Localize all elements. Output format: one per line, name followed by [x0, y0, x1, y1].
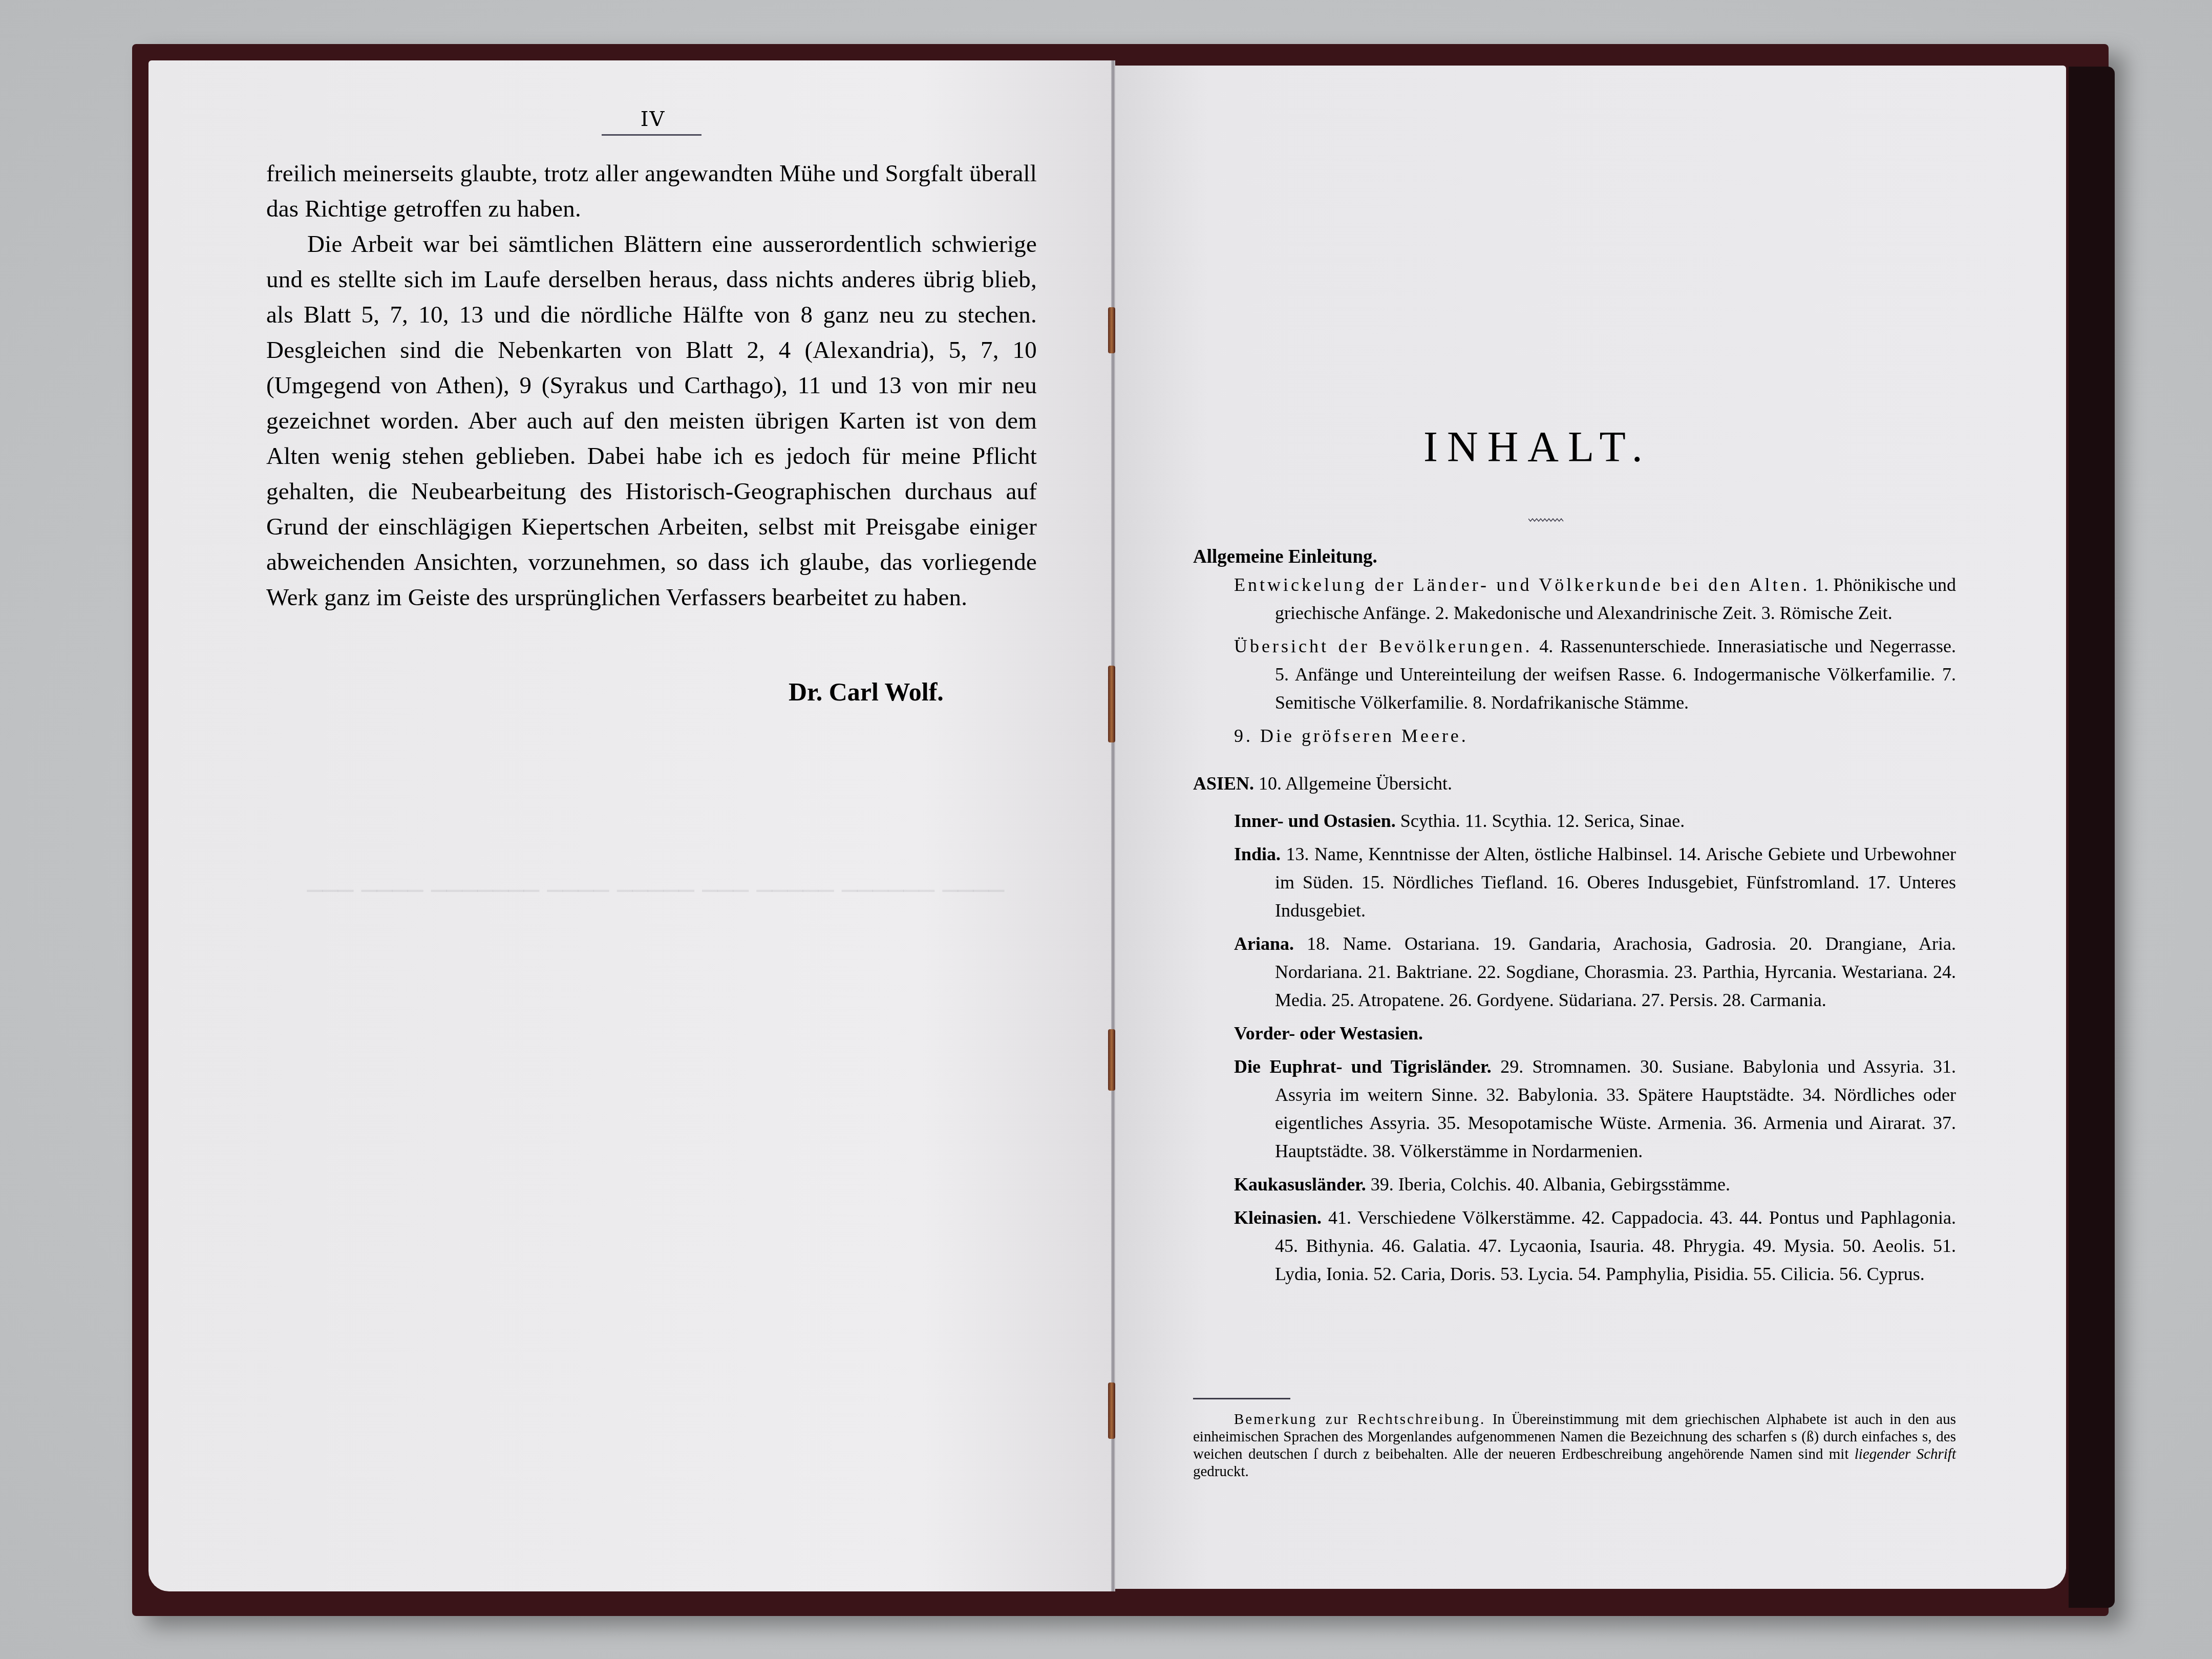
preface-text: freilich meinerseits glaubte, trotz alle…: [266, 156, 1037, 615]
book-gutter: [1111, 60, 1115, 1591]
footnote-rule: [1193, 1398, 1290, 1399]
book-cover-edge: [2069, 67, 2115, 1608]
author-signature: Dr. Carl Wolf.: [789, 677, 944, 707]
toc-entry: Entwickelung der Länder- und Völkerkunde…: [1234, 571, 1956, 627]
show-through-text: ─── ──── ─────── ──── ───── ─── ───── ──…: [266, 839, 1106, 1545]
binding-stitch: [1108, 666, 1115, 742]
toc-entry: Inner- und Ostasien. Scythia. 11. Scythi…: [1234, 807, 1956, 835]
toc-entry: Übersicht der Bevölkerungen. 4. Rassenun…: [1234, 632, 1956, 717]
toc-entry: Die Euphrat- und Tigrisländer. 29. Strom…: [1234, 1053, 1956, 1165]
preface-paragraph: Die Arbeit war bei sämtlichen Blättern e…: [266, 227, 1037, 615]
binding-stitch: [1108, 1382, 1115, 1439]
preface-paragraph: freilich meinerseits glaubte, trotz alle…: [266, 156, 1037, 227]
toc-entry: India. 13. Name, Kenntnisse der Alten, ö…: [1234, 840, 1956, 925]
section-heading: Allgemeine Einleitung.: [1193, 543, 1956, 571]
toc-entry: Kleinasien. 41. Verschiedene Völkerstämm…: [1234, 1204, 1956, 1288]
toc-entry: Vorder- oder Westasien.: [1234, 1019, 1956, 1048]
page-number-rule: [602, 134, 701, 136]
table-of-contents: Allgemeine Einleitung. Entwickelung der …: [1193, 543, 1956, 1293]
footnote: Bemerkung zur Rechtschreibung. In Überei…: [1193, 1411, 1956, 1480]
binding-stitch: [1108, 307, 1115, 353]
binding-stitch: [1108, 1029, 1115, 1091]
toc-entry: Kaukasusländer. 39. Iberia, Colchis. 40.…: [1234, 1171, 1956, 1199]
section-heading-asien: ASIEN. 10. Allgemeine Übersicht.: [1193, 770, 1956, 798]
contents-title: INHALT.: [1423, 422, 1652, 472]
page-number: IV: [604, 108, 701, 131]
toc-entry: Ariana. 18. Name. Ostariana. 19. Gandari…: [1234, 930, 1956, 1014]
toc-entry: 9. Die gröfseren Meere.: [1234, 722, 1956, 750]
ornament-squiggle: [1528, 517, 1564, 522]
